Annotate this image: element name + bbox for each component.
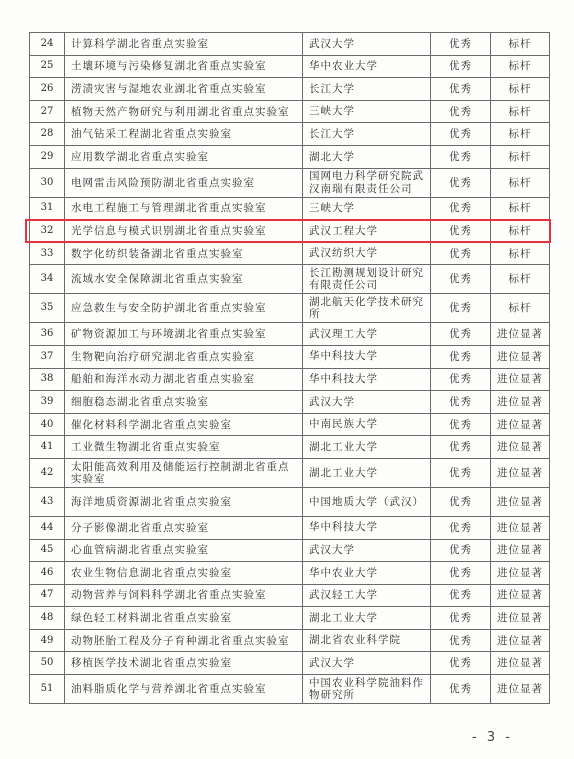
- tag-cell: 进位显著: [491, 584, 550, 607]
- table-row: 31水电工程施工与管理湖北省重点实验室三峡大学优秀标杆: [30, 197, 550, 220]
- table-row: 46农业生物信息湖北省重点实验室华中农业大学优秀进位显著: [30, 562, 550, 585]
- row-number-cell: 38: [30, 368, 65, 391]
- row-number-cell: 28: [30, 123, 65, 146]
- lab-name-cell: 光学信息与模式识别湖北省重点实验室: [65, 220, 303, 243]
- table-row: 48绿色轻工材料湖北省重点实验室湖北工业大学优秀进位显著: [30, 607, 550, 630]
- row-number-cell: 47: [30, 584, 65, 607]
- row-number-cell: 34: [30, 265, 65, 294]
- grade-cell: 优秀: [431, 242, 491, 265]
- tag-cell: 进位显著: [491, 323, 550, 346]
- row-number-cell: 27: [30, 100, 65, 123]
- grade-cell: 优秀: [431, 487, 491, 516]
- table-body: 24计算科学湖北省重点实验室武汉大学优秀标杆25土壤环境与污染修复湖北省重点实验…: [30, 33, 550, 704]
- tag-cell: 标杆: [491, 145, 550, 168]
- grade-cell: 优秀: [431, 391, 491, 414]
- lab-name-cell: 矿物资源加工与环境湖北省重点实验室: [65, 323, 303, 346]
- lab-name-cell: 工业微生物湖北省重点实验室: [65, 436, 303, 459]
- grade-cell: 优秀: [431, 652, 491, 675]
- host-unit-cell: 华中农业大学: [303, 55, 431, 78]
- lab-name-cell: 催化材料科学湖北省重点实验室: [65, 413, 303, 436]
- grade-cell: 优秀: [431, 145, 491, 168]
- lab-name-cell: 农业生物信息湖北省重点实验室: [65, 562, 303, 585]
- tag-cell: 标杆: [491, 242, 550, 265]
- host-unit-cell: 华中科技大学: [303, 516, 431, 539]
- tag-cell: 标杆: [491, 33, 550, 56]
- lab-name-cell: 油气钻采工程湖北省重点实验室: [65, 123, 303, 146]
- table-row: 49动物胚胎工程及分子育种湖北省重点实验室湖北省农业科学院优秀进位显著: [30, 629, 550, 652]
- host-unit-cell: 武汉大学: [303, 652, 431, 675]
- table-row: 24计算科学湖北省重点实验室武汉大学优秀标杆: [30, 33, 550, 56]
- lab-name-cell: 水电工程施工与管理湖北省重点实验室: [65, 197, 303, 220]
- lab-name-cell: 分子影像湖北省重点实验室: [65, 516, 303, 539]
- row-number-cell: 40: [30, 413, 65, 436]
- row-number-cell: 49: [30, 629, 65, 652]
- row-number-cell: 42: [30, 458, 65, 487]
- table-row: 39细胞稳态湖北省重点实验室武汉大学优秀进位显著: [30, 391, 550, 414]
- lab-evaluation-table: 24计算科学湖北省重点实验室武汉大学优秀标杆25土壤环境与污染修复湖北省重点实验…: [29, 32, 550, 704]
- grade-cell: 优秀: [431, 168, 491, 197]
- grade-cell: 优秀: [431, 675, 491, 704]
- lab-name-cell: 应急救生与安全防护湖北省重点实验室: [65, 294, 303, 323]
- row-number-cell: 45: [30, 539, 65, 562]
- tag-cell: 进位显著: [491, 487, 550, 516]
- page-number: - 3 -: [472, 730, 513, 745]
- host-unit-cell: 长江大学: [303, 123, 431, 146]
- table-row: 26涝渍灾害与湿地农业湖北省重点实验室长江大学优秀标杆: [30, 78, 550, 101]
- lab-name-cell: 涝渍灾害与湿地农业湖北省重点实验室: [65, 78, 303, 101]
- tag-cell: 进位显著: [491, 652, 550, 675]
- lab-name-cell: 移植医学技术湖北省重点实验室: [65, 652, 303, 675]
- host-unit-cell: 湖北工业大学: [303, 458, 431, 487]
- host-unit-cell: 中国地质大学（武汉）: [303, 487, 431, 516]
- host-unit-cell: 长江勘测规划设计研究有限责任公司: [303, 265, 431, 294]
- table-row: 43海洋地质资源湖北省重点实验室中国地质大学（武汉）优秀进位显著: [30, 487, 550, 516]
- grade-cell: 优秀: [431, 197, 491, 220]
- grade-cell: 优秀: [431, 562, 491, 585]
- row-number-cell: 25: [30, 55, 65, 78]
- tag-cell: 标杆: [491, 55, 550, 78]
- table-row: 40催化材料科学湖北省重点实验室中南民族大学优秀进位显著: [30, 413, 550, 436]
- lab-name-cell: 油料脂质化学与营养湖北省重点实验室: [65, 675, 303, 704]
- table-row: 34流域水安全保障湖北省重点实验室长江勘测规划设计研究有限责任公司优秀标杆: [30, 265, 550, 294]
- grade-cell: 优秀: [431, 220, 491, 243]
- host-unit-cell: 湖北大学: [303, 145, 431, 168]
- host-unit-cell: 国网电力科学研究院武汉南瑞有限责任公司: [303, 168, 431, 197]
- table-row: 44分子影像湖北省重点实验室华中科技大学优秀进位显著: [30, 516, 550, 539]
- grade-cell: 优秀: [431, 607, 491, 630]
- tag-cell: 进位显著: [491, 607, 550, 630]
- lab-name-cell: 船舶和海洋水动力湖北省重点实验室: [65, 368, 303, 391]
- row-number-cell: 32: [30, 220, 65, 243]
- host-unit-cell: 武汉大学: [303, 33, 431, 56]
- tag-cell: 进位显著: [491, 675, 550, 704]
- lab-name-cell: 电网雷击风险预防湖北省重点实验室: [65, 168, 303, 197]
- row-number-cell: 44: [30, 516, 65, 539]
- table-row: 32光学信息与模式识别湖北省重点实验室武汉工程大学优秀标杆: [30, 220, 550, 243]
- tag-cell: 标杆: [491, 100, 550, 123]
- lab-name-cell: 流域水安全保障湖北省重点实验室: [65, 265, 303, 294]
- tag-cell: 标杆: [491, 197, 550, 220]
- grade-cell: 优秀: [431, 100, 491, 123]
- row-number-cell: 24: [30, 33, 65, 56]
- lab-name-cell: 动物胚胎工程及分子育种湖北省重点实验室: [65, 629, 303, 652]
- row-number-cell: 33: [30, 242, 65, 265]
- lab-name-cell: 计算科学湖北省重点实验室: [65, 33, 303, 56]
- table-row: 27植物天然产物研究与利用湖北省重点实验室三峡大学优秀标杆: [30, 100, 550, 123]
- row-number-cell: 31: [30, 197, 65, 220]
- host-unit-cell: 华中科技大学: [303, 368, 431, 391]
- host-unit-cell: 三峡大学: [303, 197, 431, 220]
- lab-name-cell: 太阳能高效利用及储能运行控制湖北省重点实验室: [65, 458, 303, 487]
- host-unit-cell: 湖北航天化学技术研究所: [303, 294, 431, 323]
- tag-cell: 进位显著: [491, 391, 550, 414]
- grade-cell: 优秀: [431, 436, 491, 459]
- host-unit-cell: 长江大学: [303, 78, 431, 101]
- tag-cell: 进位显著: [491, 436, 550, 459]
- tag-cell: 进位显著: [491, 562, 550, 585]
- grade-cell: 优秀: [431, 78, 491, 101]
- table-row: 41工业微生物湖北省重点实验室湖北工业大学优秀进位显著: [30, 436, 550, 459]
- row-number-cell: 30: [30, 168, 65, 197]
- tag-cell: 进位显著: [491, 458, 550, 487]
- row-number-cell: 37: [30, 345, 65, 368]
- lab-name-cell: 细胞稳态湖北省重点实验室: [65, 391, 303, 414]
- tag-cell: 标杆: [491, 220, 550, 243]
- grade-cell: 优秀: [431, 584, 491, 607]
- table-row: 38船舶和海洋水动力湖北省重点实验室华中科技大学优秀进位显著: [30, 368, 550, 391]
- row-number-cell: 39: [30, 391, 65, 414]
- tag-cell: 进位显著: [491, 345, 550, 368]
- lab-name-cell: 绿色轻工材料湖北省重点实验室: [65, 607, 303, 630]
- table-row: 35应急救生与安全防护湖北省重点实验室湖北航天化学技术研究所优秀标杆: [30, 294, 550, 323]
- host-unit-cell: 武汉工程大学: [303, 220, 431, 243]
- host-unit-cell: 华中农业大学: [303, 562, 431, 585]
- lab-name-cell: 数字化纺织装备湖北省重点实验室: [65, 242, 303, 265]
- lab-name-cell: 生物靶向治疗研究湖北省重点实验室: [65, 345, 303, 368]
- table-row: 33数字化纺织装备湖北省重点实验室武汉纺织大学优秀标杆: [30, 242, 550, 265]
- grade-cell: 优秀: [431, 629, 491, 652]
- row-number-cell: 29: [30, 145, 65, 168]
- grade-cell: 优秀: [431, 458, 491, 487]
- grade-cell: 优秀: [431, 368, 491, 391]
- row-number-cell: 35: [30, 294, 65, 323]
- tag-cell: 标杆: [491, 78, 550, 101]
- host-unit-cell: 湖北工业大学: [303, 607, 431, 630]
- tag-cell: 进位显著: [491, 413, 550, 436]
- host-unit-cell: 华中科技大学: [303, 345, 431, 368]
- table-row: 30电网雷击风险预防湖北省重点实验室国网电力科学研究院武汉南瑞有限责任公司优秀标…: [30, 168, 550, 197]
- host-unit-cell: 湖北工业大学: [303, 436, 431, 459]
- lab-name-cell: 土壤环境与污染修复湖北省重点实验室: [65, 55, 303, 78]
- tag-cell: 标杆: [491, 294, 550, 323]
- row-number-cell: 50: [30, 652, 65, 675]
- tag-cell: 标杆: [491, 265, 550, 294]
- host-unit-cell: 中国农业科学院油料作物研究所: [303, 675, 431, 704]
- table-row: 25土壤环境与污染修复湖北省重点实验室华中农业大学优秀标杆: [30, 55, 550, 78]
- tag-cell: 标杆: [491, 168, 550, 197]
- lab-name-cell: 应用数学湖北省重点实验室: [65, 145, 303, 168]
- row-number-cell: 41: [30, 436, 65, 459]
- row-number-cell: 46: [30, 562, 65, 585]
- host-unit-cell: 三峡大学: [303, 100, 431, 123]
- grade-cell: 优秀: [431, 123, 491, 146]
- host-unit-cell: 中南民族大学: [303, 413, 431, 436]
- lab-name-cell: 动物营养与饲料科学湖北省重点实验室: [65, 584, 303, 607]
- host-unit-cell: 湖北省农业科学院: [303, 629, 431, 652]
- grade-cell: 优秀: [431, 413, 491, 436]
- row-number-cell: 36: [30, 323, 65, 346]
- tag-cell: 进位显著: [491, 539, 550, 562]
- grade-cell: 优秀: [431, 516, 491, 539]
- grade-cell: 优秀: [431, 265, 491, 294]
- lab-name-cell: 植物天然产物研究与利用湖北省重点实验室: [65, 100, 303, 123]
- host-unit-cell: 武汉大学: [303, 391, 431, 414]
- grade-cell: 优秀: [431, 539, 491, 562]
- tag-cell: 标杆: [491, 123, 550, 146]
- table-row: 45心血管病湖北省重点实验室武汉大学优秀进位显著: [30, 539, 550, 562]
- host-unit-cell: 武汉大学: [303, 539, 431, 562]
- grade-cell: 优秀: [431, 294, 491, 323]
- tag-cell: 进位显著: [491, 629, 550, 652]
- lab-name-cell: 心血管病湖北省重点实验室: [65, 539, 303, 562]
- tag-cell: 进位显著: [491, 516, 550, 539]
- row-number-cell: 48: [30, 607, 65, 630]
- host-unit-cell: 武汉理工大学: [303, 323, 431, 346]
- row-number-cell: 43: [30, 487, 65, 516]
- table-row: 28油气钻采工程湖北省重点实验室长江大学优秀标杆: [30, 123, 550, 146]
- table-row: 47动物营养与饲料科学湖北省重点实验室武汉轻工大学优秀进位显著: [30, 584, 550, 607]
- table-row: 42太阳能高效利用及储能运行控制湖北省重点实验室湖北工业大学优秀进位显著: [30, 458, 550, 487]
- row-number-cell: 26: [30, 78, 65, 101]
- grade-cell: 优秀: [431, 33, 491, 56]
- grade-cell: 优秀: [431, 55, 491, 78]
- row-number-cell: 51: [30, 675, 65, 704]
- table-row: 37生物靶向治疗研究湖北省重点实验室华中科技大学优秀进位显著: [30, 345, 550, 368]
- grade-cell: 优秀: [431, 345, 491, 368]
- grade-cell: 优秀: [431, 323, 491, 346]
- table-row: 29应用数学湖北省重点实验室湖北大学优秀标杆: [30, 145, 550, 168]
- table-row: 50移植医学技术湖北省重点实验室武汉大学优秀进位显著: [30, 652, 550, 675]
- table-row: 51油料脂质化学与营养湖北省重点实验室中国农业科学院油料作物研究所优秀进位显著: [30, 675, 550, 704]
- tag-cell: 进位显著: [491, 368, 550, 391]
- host-unit-cell: 武汉纺织大学: [303, 242, 431, 265]
- host-unit-cell: 武汉轻工大学: [303, 584, 431, 607]
- lab-name-cell: 海洋地质资源湖北省重点实验室: [65, 487, 303, 516]
- table-row: 36矿物资源加工与环境湖北省重点实验室武汉理工大学优秀进位显著: [30, 323, 550, 346]
